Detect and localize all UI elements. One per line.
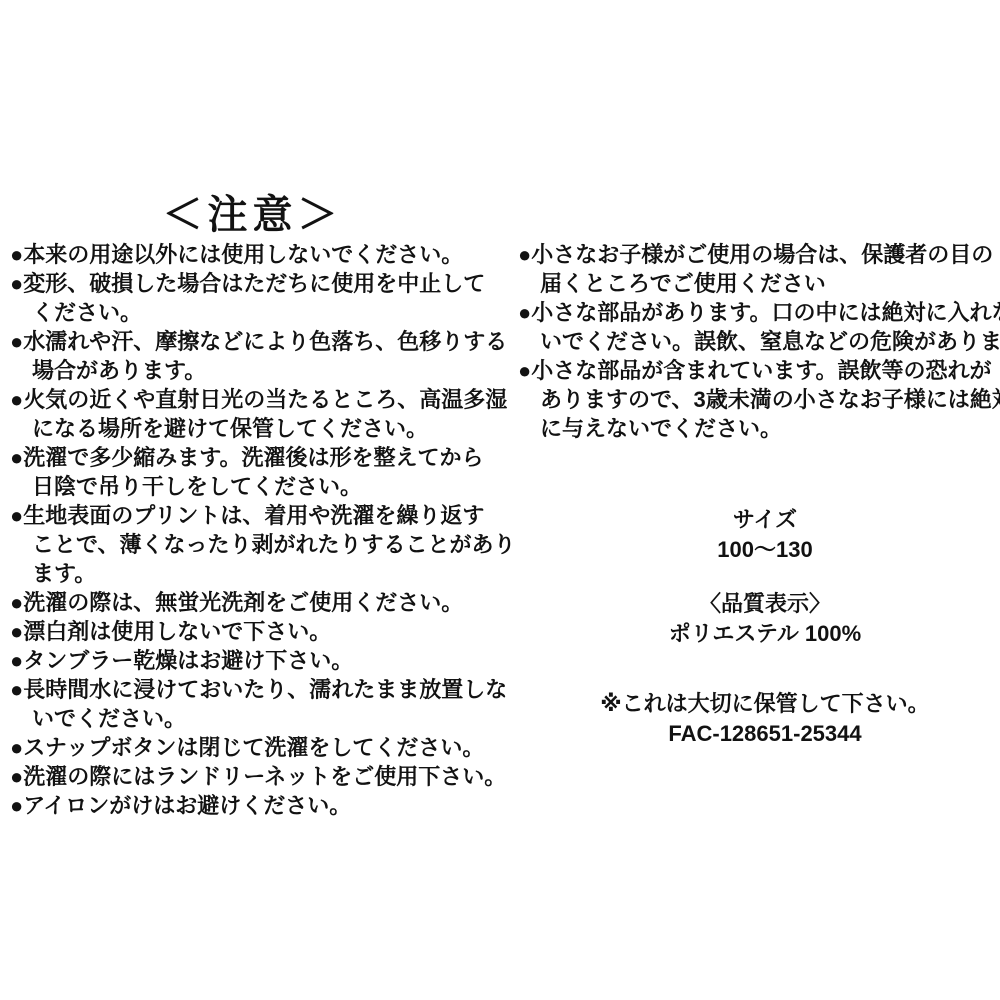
instruction-columns: ●本来の用途以外には使用しないでください。 ●変形、破損した場合はただちに使用を…	[10, 240, 1000, 820]
size-value: 100～130	[518, 535, 1000, 565]
care-instruction: ●小さな部品があります。口の中には絶対に入れな いでください。誤飲、窒息などの危…	[518, 298, 1000, 356]
care-instruction: ●水濡れや汗、摩擦などにより色落ち、色移りする 場合があります。	[10, 327, 504, 385]
care-instruction: ●火気の近くや直射日光の当たるところ、高温多湿 になる場所を避けて保管してくださ…	[10, 385, 504, 443]
page-title: ＜注意＞	[0, 183, 505, 240]
storage-section: ※これは大切に保管して下さい。 FAC-128651-25344	[518, 689, 1000, 749]
care-label-page: ＜注意＞ ●本来の用途以外には使用しないでください。 ●変形、破損した場合はただ…	[0, 0, 1000, 1000]
quality-value: ポリエステル 100%	[518, 619, 1000, 649]
right-instruction-column: ●小さなお子様がご使用の場合は、保護者の目の 届くところでご使用ください ●小さ…	[518, 240, 1000, 820]
care-instruction: ●漂白剤は使用しないで下さい。	[10, 617, 504, 646]
care-instruction: ●小さな部品が含まれています。誤飲等の恐れが ありますので、3歳未満の小さなお子…	[518, 356, 1000, 443]
care-instruction: ●小さなお子様がご使用の場合は、保護者の目の 届くところでご使用ください	[518, 240, 1000, 298]
product-code: FAC-128651-25344	[518, 719, 1000, 749]
care-instruction: ●長時間水に浸けておいたり、濡れたまま放置しな いでください。	[10, 675, 504, 733]
care-instruction: ●変形、破損した場合はただちに使用を中止して ください。	[10, 269, 504, 327]
care-instruction: ●洗濯で多少縮みます。洗濯後は形を整えてから 日陰で吊り干しをしてください。	[10, 443, 504, 501]
size-label: サイズ	[518, 505, 1000, 535]
care-instruction: ●洗濯の際は、無蛍光洗剤をご使用ください。	[10, 588, 504, 617]
care-instruction: ●スナップボタンは閉じて洗濯をしてください。	[10, 733, 504, 762]
care-instruction: ●本来の用途以外には使用しないでください。	[10, 240, 504, 269]
quality-section: 〈品質表示〉 ポリエステル 100%	[518, 589, 1000, 649]
size-section: サイズ 100～130	[518, 505, 1000, 565]
care-instruction: ●生地表面のプリントは、着用や洗濯を繰り返す ことで、薄くなったり剥がれたりする…	[10, 501, 504, 588]
product-info-block: サイズ 100～130 〈品質表示〉 ポリエステル 100% ※これは大切に保管…	[518, 505, 1000, 749]
storage-note: ※これは大切に保管して下さい。	[518, 689, 1000, 719]
care-instruction: ●タンブラー乾燥はお避け下さい。	[10, 646, 504, 675]
care-instruction: ●洗濯の際にはランドリーネットをご使用下さい。	[10, 762, 504, 791]
quality-label: 〈品質表示〉	[518, 589, 1000, 619]
left-instruction-column: ●本来の用途以外には使用しないでください。 ●変形、破損した場合はただちに使用を…	[10, 240, 504, 820]
care-instruction: ●アイロンがけはお避けください。	[10, 791, 504, 820]
